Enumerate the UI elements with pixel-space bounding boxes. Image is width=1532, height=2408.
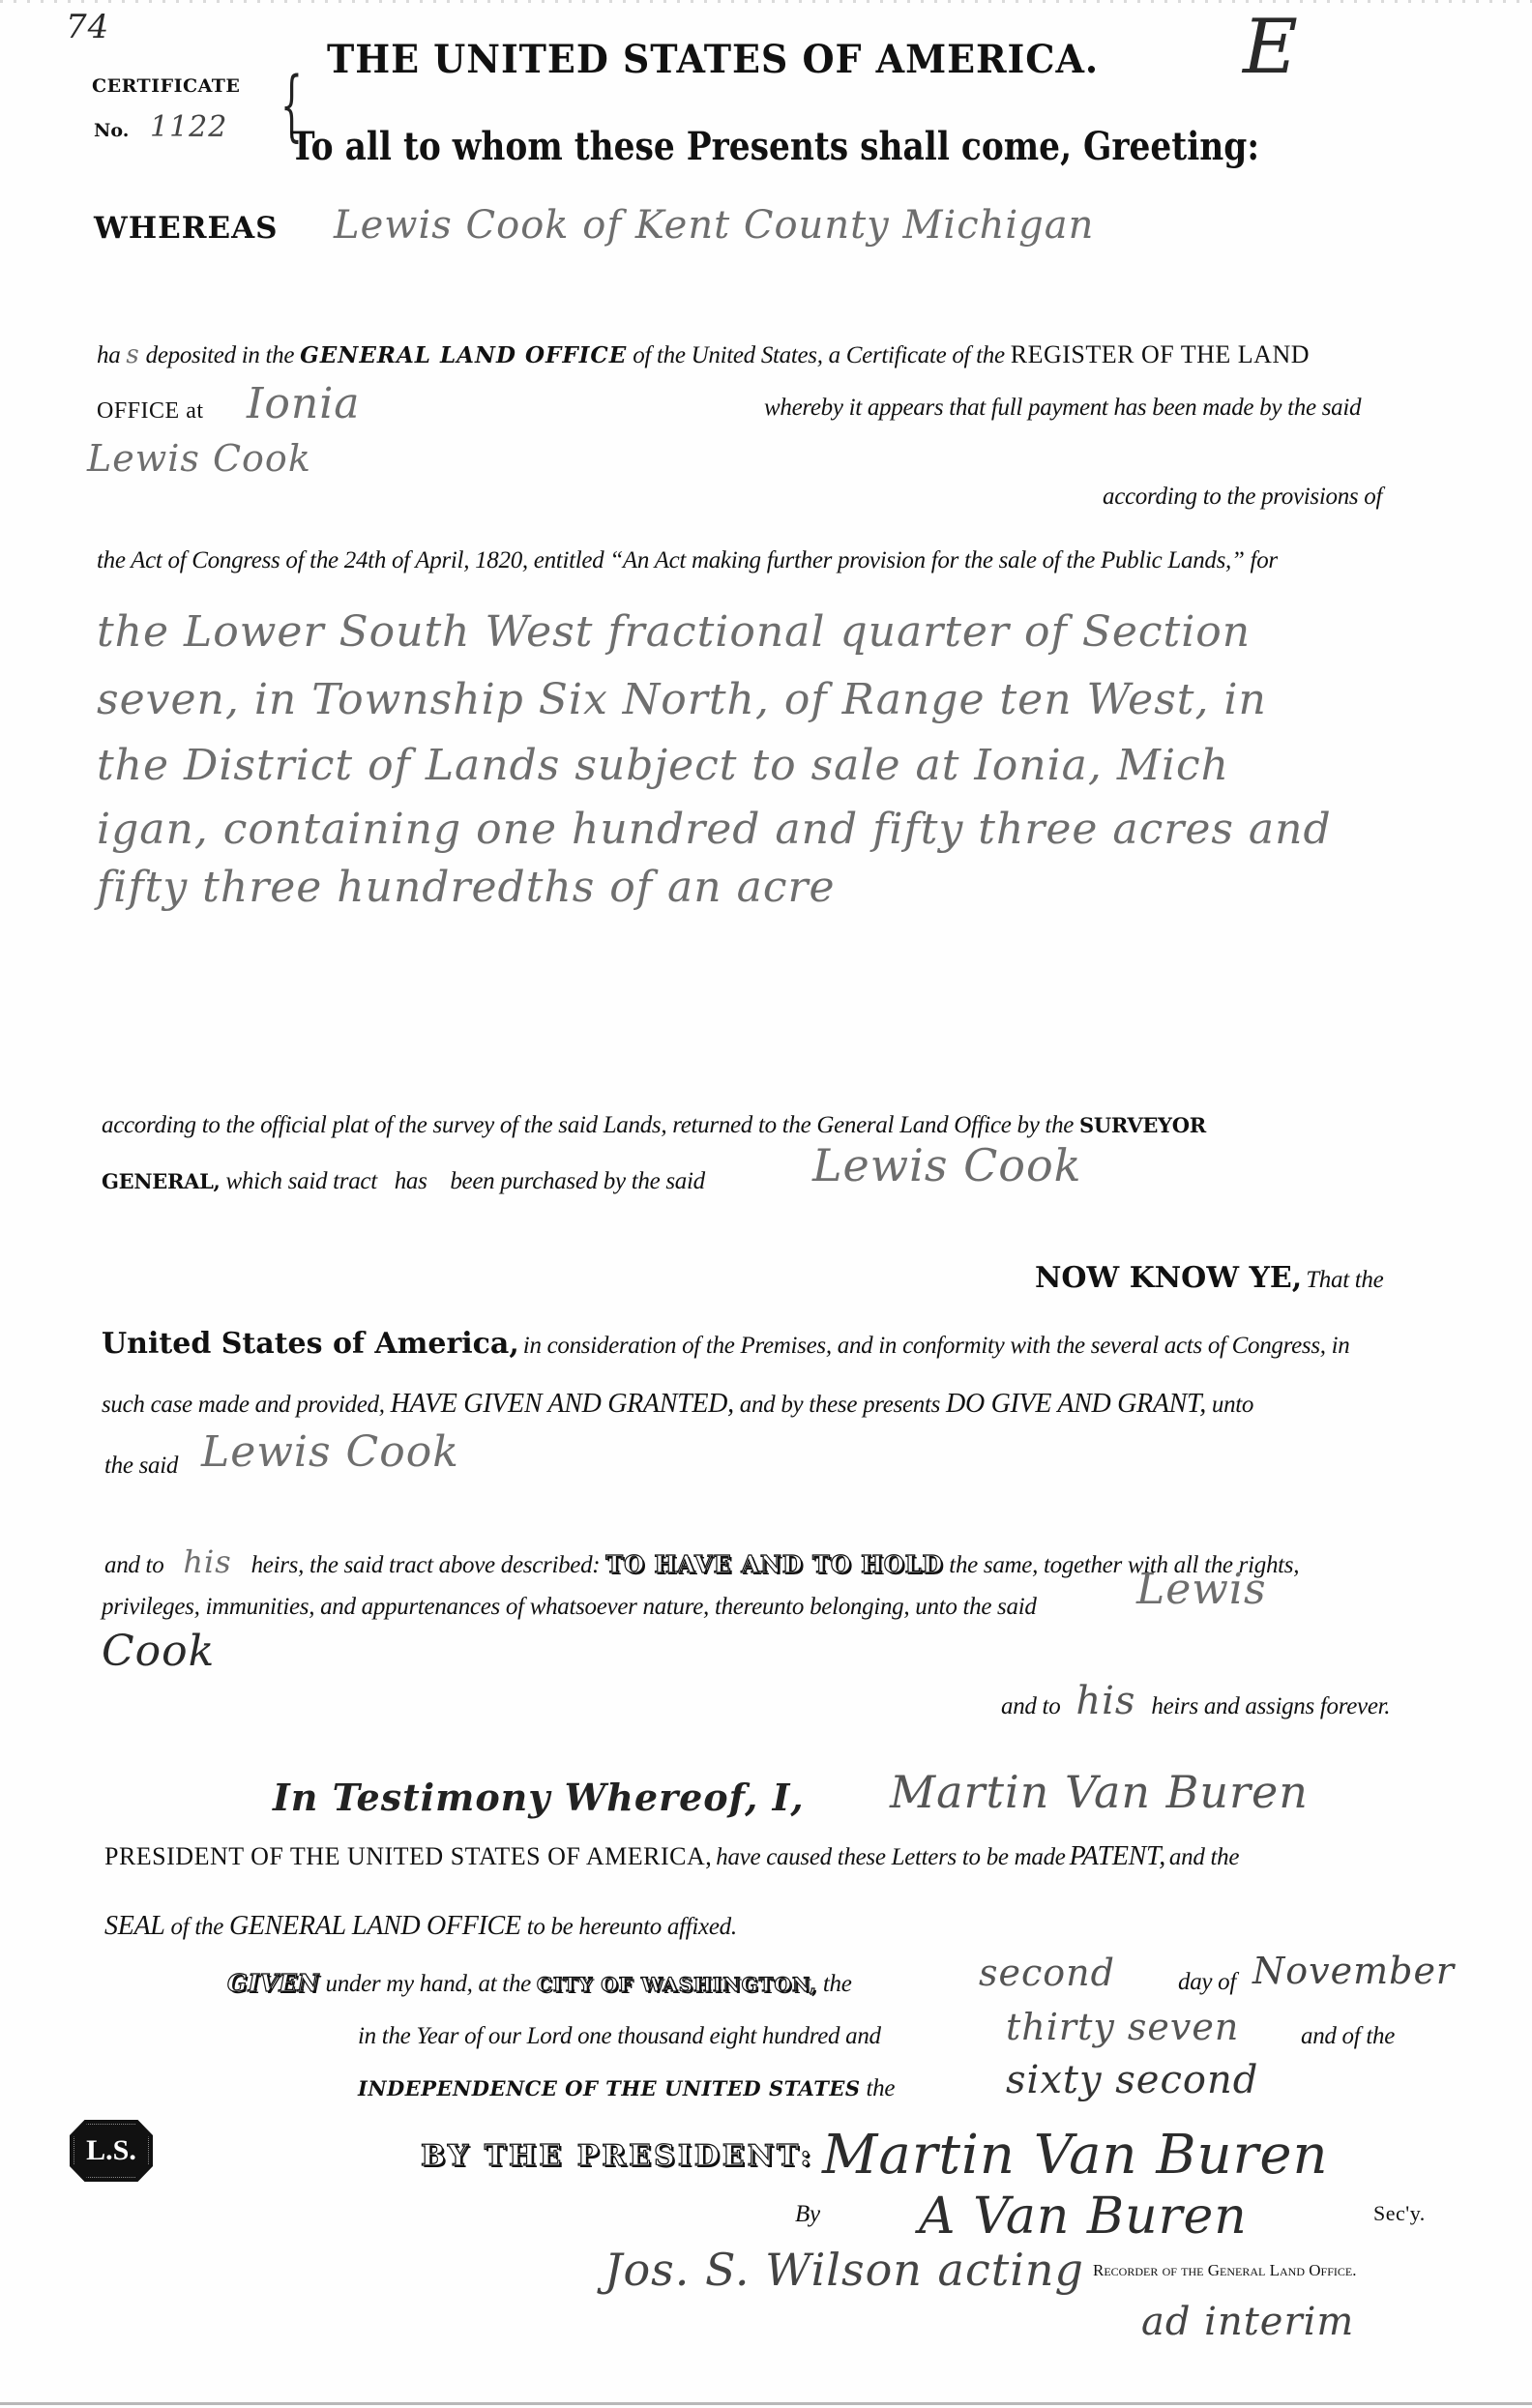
office-location-handwritten: Ionia	[247, 379, 361, 428]
independence-year-handwritten: sixty second	[1006, 2058, 1258, 2102]
day-handwritten: second	[979, 1952, 1115, 1994]
president-line-text: PRESIDENT OF THE UNITED STATES OF AMERIC…	[104, 1842, 712, 1870]
recorder-title: Recorder of the General Land Office.	[1093, 2261, 1356, 2280]
such-case-text: such case made and provided,	[102, 1392, 385, 1418]
the-2-text: the	[867, 2075, 896, 2101]
land-patent-page: 74 E CERTIFICATE No. 1122 { THE UNITED S…	[0, 0, 1532, 2408]
secretary-title: Sec'y.	[1373, 2201, 1426, 2226]
ad-interim-handwritten: ad interim	[1141, 2300, 1354, 2344]
usa-text: United States of America,	[102, 1327, 519, 1361]
text-of-us: of the United States, a Certificate of t…	[633, 342, 1005, 368]
heirs-forever-text: heirs and assigns forever.	[1151, 1693, 1390, 1719]
heirs-tract-text: heirs, the said tract above described:	[251, 1552, 601, 1578]
pronoun-handwritten: his	[183, 1543, 231, 1580]
certificate-number: 1122	[150, 110, 227, 144]
ha-fill-handwritten: s	[126, 340, 139, 369]
purchaser-handwritten: Lewis Cook	[812, 1139, 1082, 1191]
purchased-text: been purchased by the said	[450, 1168, 704, 1194]
by-text: By	[795, 2201, 820, 2228]
of-the-text: of the	[171, 1914, 223, 1940]
text-glo: GENERAL LAND OFFICE	[300, 342, 627, 368]
land-description-line-4: igan, containing one hundred and fifty t…	[97, 805, 1332, 854]
recorder-signature: Jos. S. Wilson acting	[604, 2244, 1084, 2296]
document-title: THE UNITED STATES OF AMERICA.	[327, 37, 1099, 82]
page-number: 74	[66, 8, 109, 46]
land-description-line-5: fifty three hundredths of an acre	[97, 863, 836, 912]
and-of-the-text: and of the	[1301, 2023, 1395, 2050]
caused-text: have caused these Letters to be made	[716, 1844, 1065, 1870]
whereas-label: WHEREAS	[94, 211, 279, 246]
land-description-line-3: the District of Lands subject to sale at…	[97, 741, 1229, 790]
land-description-line-2: seven, in Township Six North, of Range t…	[97, 675, 1267, 724]
payer-handwritten: Lewis Cook	[87, 437, 311, 480]
text-deposited: deposited in the	[146, 342, 295, 368]
top-edge-marks	[0, 0, 1532, 3]
by-the-president: BY THE PRESIDENT:	[421, 2139, 813, 2173]
text-register: REGISTER OF THE LAND	[1011, 340, 1310, 368]
which-tract-text: which said tract	[226, 1168, 377, 1194]
unto-text: unto	[1212, 1392, 1253, 1418]
privileges-text: privileges, immunities, and appurtenance…	[102, 1594, 1037, 1621]
in-testimony-heading: In Testimony Whereof, I,	[273, 1776, 805, 1819]
office-at-label: OFFICE at	[97, 398, 204, 425]
president-signature: Martin Van Buren	[822, 2124, 1329, 2187]
day-of-text: day of	[1178, 1969, 1236, 1996]
and-the-text: and the	[1169, 1844, 1239, 1870]
the-text: the	[823, 1971, 852, 1997]
glo-testimony-text: GENERAL LAND OFFICE	[229, 1911, 521, 1941]
secretary-signature: A Van Buren	[919, 2188, 1248, 2246]
act-of-congress-text: the Act of Congress of the 24th of April…	[97, 547, 1278, 574]
year-prefix-text: in the Year of our Lord one thousand eig…	[358, 2023, 881, 2050]
certificate-label: CERTIFICATE	[92, 75, 240, 97]
pronoun-2-handwritten: his	[1075, 1679, 1135, 1723]
do-give-text: DO GIVE AND GRANT,	[946, 1389, 1206, 1419]
seal-label: L.S.	[86, 2134, 136, 2167]
city-of-washington: CITY OF WASHINGTON,	[537, 1973, 817, 1996]
surveyor-text: SURVEYOR	[1079, 1113, 1206, 1137]
given-text: GIVEN	[227, 1969, 320, 1997]
seal-text: SEAL	[104, 1911, 165, 1941]
land-description-line-1: the Lower South West fractional quarter …	[97, 607, 1251, 657]
has-text: has	[395, 1168, 427, 1194]
and-to-2-text: and to	[1001, 1693, 1060, 1719]
have-given-text: HAVE GIVEN AND GRANTED,	[391, 1389, 734, 1419]
to-have-and-to-hold: TO HAVE AND TO HOLD	[605, 1550, 943, 1578]
grantee-last-handwritten: Cook	[102, 1627, 215, 1676]
consideration-text: in consideration of the Premises, and in…	[523, 1333, 1350, 1359]
plat-text: according to the official plat of the su…	[102, 1112, 1074, 1138]
affixed-text: to be hereunto affixed.	[527, 1914, 737, 1940]
year-handwritten: thirty seven	[1006, 2006, 1239, 2048]
certificate-no-label: No.	[94, 120, 129, 141]
grantee-handwritten: Lewis Cook	[201, 1427, 459, 1477]
president-name-handwritten: Martin Van Buren	[890, 1766, 1309, 1818]
under-hand-text: under my hand, at the	[326, 1971, 531, 1997]
the-said-text: the said	[104, 1453, 178, 1480]
by-presents-text: and by these presents	[740, 1392, 940, 1418]
greeting: To all to whom these Presents shall come…	[290, 124, 1259, 169]
general-text: GENERAL,	[102, 1169, 221, 1193]
patent-text: PATENT,	[1070, 1841, 1165, 1871]
according-provisions-text: according to the provisions of	[1103, 484, 1382, 511]
text-ha: ha	[97, 342, 120, 368]
that-the-text: That the	[1306, 1267, 1383, 1293]
independence-text: INDEPENDENCE OF THE UNITED STATES	[358, 2076, 861, 2100]
month-handwritten: November	[1252, 1950, 1455, 1992]
ls-seal: L.S.	[70, 2120, 153, 2182]
whereas-name-handwritten: Lewis Cook of Kent County Michigan	[334, 203, 1094, 248]
bottom-edge-rule	[0, 2402, 1532, 2405]
whereby-text: whereby it appears that full payment has…	[764, 395, 1361, 422]
grantee-first-handwritten: Lewis	[1136, 1565, 1267, 1614]
now-know-ye: NOW KNOW YE,	[1035, 1261, 1302, 1295]
corner-mark: E	[1243, 4, 1299, 91]
and-to-text: and to	[104, 1552, 163, 1578]
